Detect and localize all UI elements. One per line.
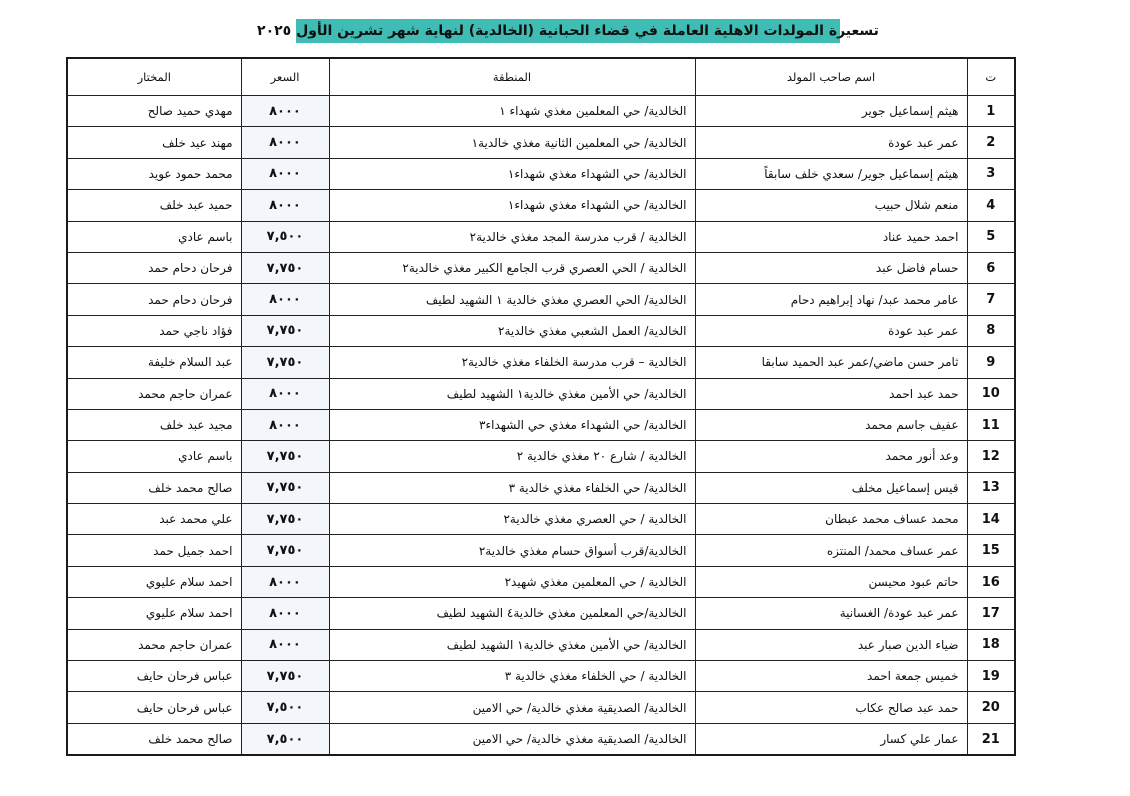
row-index: 6 bbox=[967, 252, 1015, 283]
table-row: 15عمر عساف محمد/ المنتزهالخالدية/قرب أسو… bbox=[67, 535, 1015, 566]
row-index: 17 bbox=[967, 598, 1015, 629]
row-mukhtar: احمد سلام عليوي bbox=[67, 598, 241, 629]
row-area: الخالدية/ حي الشهداء مغذي حي الشهداء٣ bbox=[329, 409, 695, 440]
table-row: 5احمد حميد عنادالخالدية / قرب مدرسة المج… bbox=[67, 221, 1015, 252]
row-owner-name: هيثم إسماعيل جوير bbox=[695, 96, 967, 127]
row-area: الخالدية/ حي المعلمين مغذي شهداء ١ bbox=[329, 96, 695, 127]
row-owner-name: عمر عساف محمد/ المنتزه bbox=[695, 535, 967, 566]
table-row: 1هيثم إسماعيل جويرالخالدية/ حي المعلمين … bbox=[67, 96, 1015, 127]
row-mukhtar: احمد سلام عليوي bbox=[67, 566, 241, 597]
row-mukhtar: عباس فرحان حايف bbox=[67, 661, 241, 692]
row-index: 19 bbox=[967, 661, 1015, 692]
header-area: المنطقة bbox=[329, 58, 695, 96]
row-index: 9 bbox=[967, 347, 1015, 378]
row-index: 11 bbox=[967, 409, 1015, 440]
table-row: 16حاتم عبود محيسنالخالدية / حي المعلمين … bbox=[67, 566, 1015, 597]
row-area: الخالدية/ الحي العصري مغذي خالدية ١ الشه… bbox=[329, 284, 695, 315]
row-index: 20 bbox=[967, 692, 1015, 723]
row-mukhtar: عباس فرحان حايف bbox=[67, 692, 241, 723]
row-mukhtar: فؤاد ناجي حمد bbox=[67, 315, 241, 346]
table-row: 3هيثم إسماعيل جوير/ سعدي خلف سابقاًالخال… bbox=[67, 158, 1015, 189]
row-area: الخالدية/ حي الشهداء مغذي شهداء١ bbox=[329, 158, 695, 189]
row-owner-name: عمر عبد عودة/ الغسانية bbox=[695, 598, 967, 629]
row-owner-name: وعد أنور محمد bbox=[695, 441, 967, 472]
row-area: الخالدية/ حي الأمين مغذي خالدية١ الشهيد … bbox=[329, 378, 695, 409]
table-row: 18ضياء الدين صبار عبدالخالدية/ حي الأمين… bbox=[67, 629, 1015, 660]
row-area: الخالدية – قرب مدرسة الخلفاء مغذي خالدية… bbox=[329, 347, 695, 378]
row-index: 18 bbox=[967, 629, 1015, 660]
row-index: 3 bbox=[967, 158, 1015, 189]
row-index: 7 bbox=[967, 284, 1015, 315]
row-price: ٨٠٠٠ bbox=[241, 378, 329, 409]
table-row: 6حسام فاضل عبدالخالدية / الحي العصري قرب… bbox=[67, 252, 1015, 283]
row-mukhtar: عبد السلام خليفة bbox=[67, 347, 241, 378]
row-index: 4 bbox=[967, 190, 1015, 221]
row-mukhtar: فرحان دحام حمد bbox=[67, 252, 241, 283]
row-mukhtar: مهدي حميد صالح bbox=[67, 96, 241, 127]
row-index: 13 bbox=[967, 472, 1015, 503]
row-price: ٧,٥٠٠ bbox=[241, 692, 329, 723]
row-owner-name: حسام فاضل عبد bbox=[695, 252, 967, 283]
row-index: 16 bbox=[967, 566, 1015, 597]
row-price: ٨٠٠٠ bbox=[241, 409, 329, 440]
table-header-row: ت اسم صاحب المولد المنطقة السعر المختار bbox=[67, 58, 1015, 96]
row-area: الخالدية / الحي العصري قرب الجامع الكبير… bbox=[329, 252, 695, 283]
table-row: 13قيس إسماعيل مخلفالخالدية/ حي الخلفاء م… bbox=[67, 472, 1015, 503]
row-owner-name: احمد حميد عناد bbox=[695, 221, 967, 252]
row-index: 15 bbox=[967, 535, 1015, 566]
row-index: 14 bbox=[967, 504, 1015, 535]
row-area: الخالدية/قرب أسواق حسام مغذي خالدية٢ bbox=[329, 535, 695, 566]
row-mukhtar: مجيد عبد خلف bbox=[67, 409, 241, 440]
row-area: الخالدية / حي الخلفاء مغذي خالدية ٣ bbox=[329, 661, 695, 692]
row-owner-name: ضياء الدين صبار عبد bbox=[695, 629, 967, 660]
row-price: ٧,٧٥٠ bbox=[241, 472, 329, 503]
row-index: 2 bbox=[967, 127, 1015, 158]
row-mukhtar: صالح محمد خلف bbox=[67, 723, 241, 755]
row-mukhtar: علي محمد عبد bbox=[67, 504, 241, 535]
row-owner-name: محمد عساف محمد عبطان bbox=[695, 504, 967, 535]
row-price: ٧,٧٥٠ bbox=[241, 535, 329, 566]
row-mukhtar: مهند عيد خلف bbox=[67, 127, 241, 158]
row-index: 21 bbox=[967, 723, 1015, 755]
table-row: 19خميس جمعة احمدالخالدية / حي الخلفاء مغ… bbox=[67, 661, 1015, 692]
row-mukhtar: حميد عبد خلف bbox=[67, 190, 241, 221]
row-price: ٨٠٠٠ bbox=[241, 598, 329, 629]
row-owner-name: عامر محمد عبد/ نهاد إبراهيم دحام bbox=[695, 284, 967, 315]
row-mukhtar: عمران حاجم محمد bbox=[67, 378, 241, 409]
table-row: 20حمد عبد صالح عكابالخالدية/ الصديقية مغ… bbox=[67, 692, 1015, 723]
row-area: الخالدية / حي المعلمين مغذي شهيد٢ bbox=[329, 566, 695, 597]
row-owner-name: عمر عبد عودة bbox=[695, 315, 967, 346]
document-title-banner: تسعيرة المولدات الاهلية العاملة في قضاء … bbox=[296, 19, 840, 43]
row-price: ٧,٧٥٠ bbox=[241, 661, 329, 692]
row-mukhtar: احمد جميل حمد bbox=[67, 535, 241, 566]
table-row: 2عمر عبد عودةالخالدية/ حي المعلمين الثان… bbox=[67, 127, 1015, 158]
row-price: ٨٠٠٠ bbox=[241, 190, 329, 221]
row-area: الخالدية/ حي الشهداء مغذي شهداء١ bbox=[329, 190, 695, 221]
row-owner-name: عمار علي كسار bbox=[695, 723, 967, 755]
row-area: الخالدية / حي العصري مغذي خالدية٢ bbox=[329, 504, 695, 535]
row-area: الخالدية/ الصديقية مغذي خالدية/ حي الامي… bbox=[329, 723, 695, 755]
row-area: الخالدية/ الصديقية مغذي خالدية/ حي الامي… bbox=[329, 692, 695, 723]
row-mukhtar: باسم عادي bbox=[67, 221, 241, 252]
row-area: الخالدية/ حي الخلفاء مغذي خالدية ٣ bbox=[329, 472, 695, 503]
table-row: 21عمار علي كسارالخالدية/ الصديقية مغذي خ… bbox=[67, 723, 1015, 755]
row-price: ٧,٧٥٠ bbox=[241, 441, 329, 472]
row-owner-name: حمد عبد احمد bbox=[695, 378, 967, 409]
row-owner-name: خميس جمعة احمد bbox=[695, 661, 967, 692]
row-price: ٨٠٠٠ bbox=[241, 629, 329, 660]
row-owner-name: هيثم إسماعيل جوير/ سعدي خلف سابقاً bbox=[695, 158, 967, 189]
row-mukhtar: محمد حمود عويد bbox=[67, 158, 241, 189]
row-index: 8 bbox=[967, 315, 1015, 346]
table-row: 9ثامر حسن ماضي/عمر عبد الحميد سابقاالخال… bbox=[67, 347, 1015, 378]
row-index: 10 bbox=[967, 378, 1015, 409]
row-price: ٨٠٠٠ bbox=[241, 566, 329, 597]
table-row: 14محمد عساف محمد عبطانالخالدية / حي العص… bbox=[67, 504, 1015, 535]
row-area: الخالدية/ العمل الشعبي مغذي خالدية٢ bbox=[329, 315, 695, 346]
row-price: ٧,٧٥٠ bbox=[241, 504, 329, 535]
generator-pricing-table: ت اسم صاحب المولد المنطقة السعر المختار … bbox=[66, 57, 1016, 756]
row-price: ٧,٧٥٠ bbox=[241, 315, 329, 346]
row-index: 5 bbox=[967, 221, 1015, 252]
row-price: ٧,٥٠٠ bbox=[241, 723, 329, 755]
row-owner-name: منعم شلال حبيب bbox=[695, 190, 967, 221]
row-index: 12 bbox=[967, 441, 1015, 472]
header-owner: اسم صاحب المولد bbox=[695, 58, 967, 96]
table-row: 7عامر محمد عبد/ نهاد إبراهيم دحامالخالدي… bbox=[67, 284, 1015, 315]
row-mukhtar: فرحان دحام حمد bbox=[67, 284, 241, 315]
row-area: الخالدية/حي المعلمين مغذي خالدية٤ الشهيد… bbox=[329, 598, 695, 629]
row-owner-name: ثامر حسن ماضي/عمر عبد الحميد سابقا bbox=[695, 347, 967, 378]
row-owner-name: حاتم عبود محيسن bbox=[695, 566, 967, 597]
row-owner-name: حمد عبد صالح عكاب bbox=[695, 692, 967, 723]
row-mukhtar: صالح محمد خلف bbox=[67, 472, 241, 503]
row-price: ٨٠٠٠ bbox=[241, 127, 329, 158]
document-title: تسعيرة المولدات الاهلية العاملة في قضاء … bbox=[257, 23, 879, 39]
row-mukhtar: عمران حاجم محمد bbox=[67, 629, 241, 660]
row-area: الخالدية/ حي الأمين مغذي خالدية١ الشهيد … bbox=[329, 629, 695, 660]
row-area: الخالدية / شارع ٢٠ مغذي خالدية ٢ bbox=[329, 441, 695, 472]
table-row: 17عمر عبد عودة/ الغسانيةالخالدية/حي المع… bbox=[67, 598, 1015, 629]
row-price: ٧,٥٠٠ bbox=[241, 221, 329, 252]
header-price: السعر bbox=[241, 58, 329, 96]
row-area: الخالدية / قرب مدرسة المجد مغذي خالدية٢ bbox=[329, 221, 695, 252]
header-mukhtar: المختار bbox=[67, 58, 241, 96]
row-mukhtar: باسم عادي bbox=[67, 441, 241, 472]
row-owner-name: قيس إسماعيل مخلف bbox=[695, 472, 967, 503]
row-index: 1 bbox=[967, 96, 1015, 127]
row-price: ٨٠٠٠ bbox=[241, 284, 329, 315]
row-price: ٧,٧٥٠ bbox=[241, 347, 329, 378]
table-row: 12وعد أنور محمدالخالدية / شارع ٢٠ مغذي خ… bbox=[67, 441, 1015, 472]
row-owner-name: عفيف جاسم محمد bbox=[695, 409, 967, 440]
row-area: الخالدية/ حي المعلمين الثانية مغذي خالدي… bbox=[329, 127, 695, 158]
row-price: ٧,٧٥٠ bbox=[241, 252, 329, 283]
row-owner-name: عمر عبد عودة bbox=[695, 127, 967, 158]
table-row: 8عمر عبد عودةالخالدية/ العمل الشعبي مغذي… bbox=[67, 315, 1015, 346]
table-row: 11عفيف جاسم محمدالخالدية/ حي الشهداء مغذ… bbox=[67, 409, 1015, 440]
table-row: 10حمد عبد احمدالخالدية/ حي الأمين مغذي خ… bbox=[67, 378, 1015, 409]
header-index: ت bbox=[967, 58, 1015, 96]
row-price: ٨٠٠٠ bbox=[241, 96, 329, 127]
table-row: 4منعم شلال حبيبالخالدية/ حي الشهداء مغذي… bbox=[67, 190, 1015, 221]
row-price: ٨٠٠٠ bbox=[241, 158, 329, 189]
